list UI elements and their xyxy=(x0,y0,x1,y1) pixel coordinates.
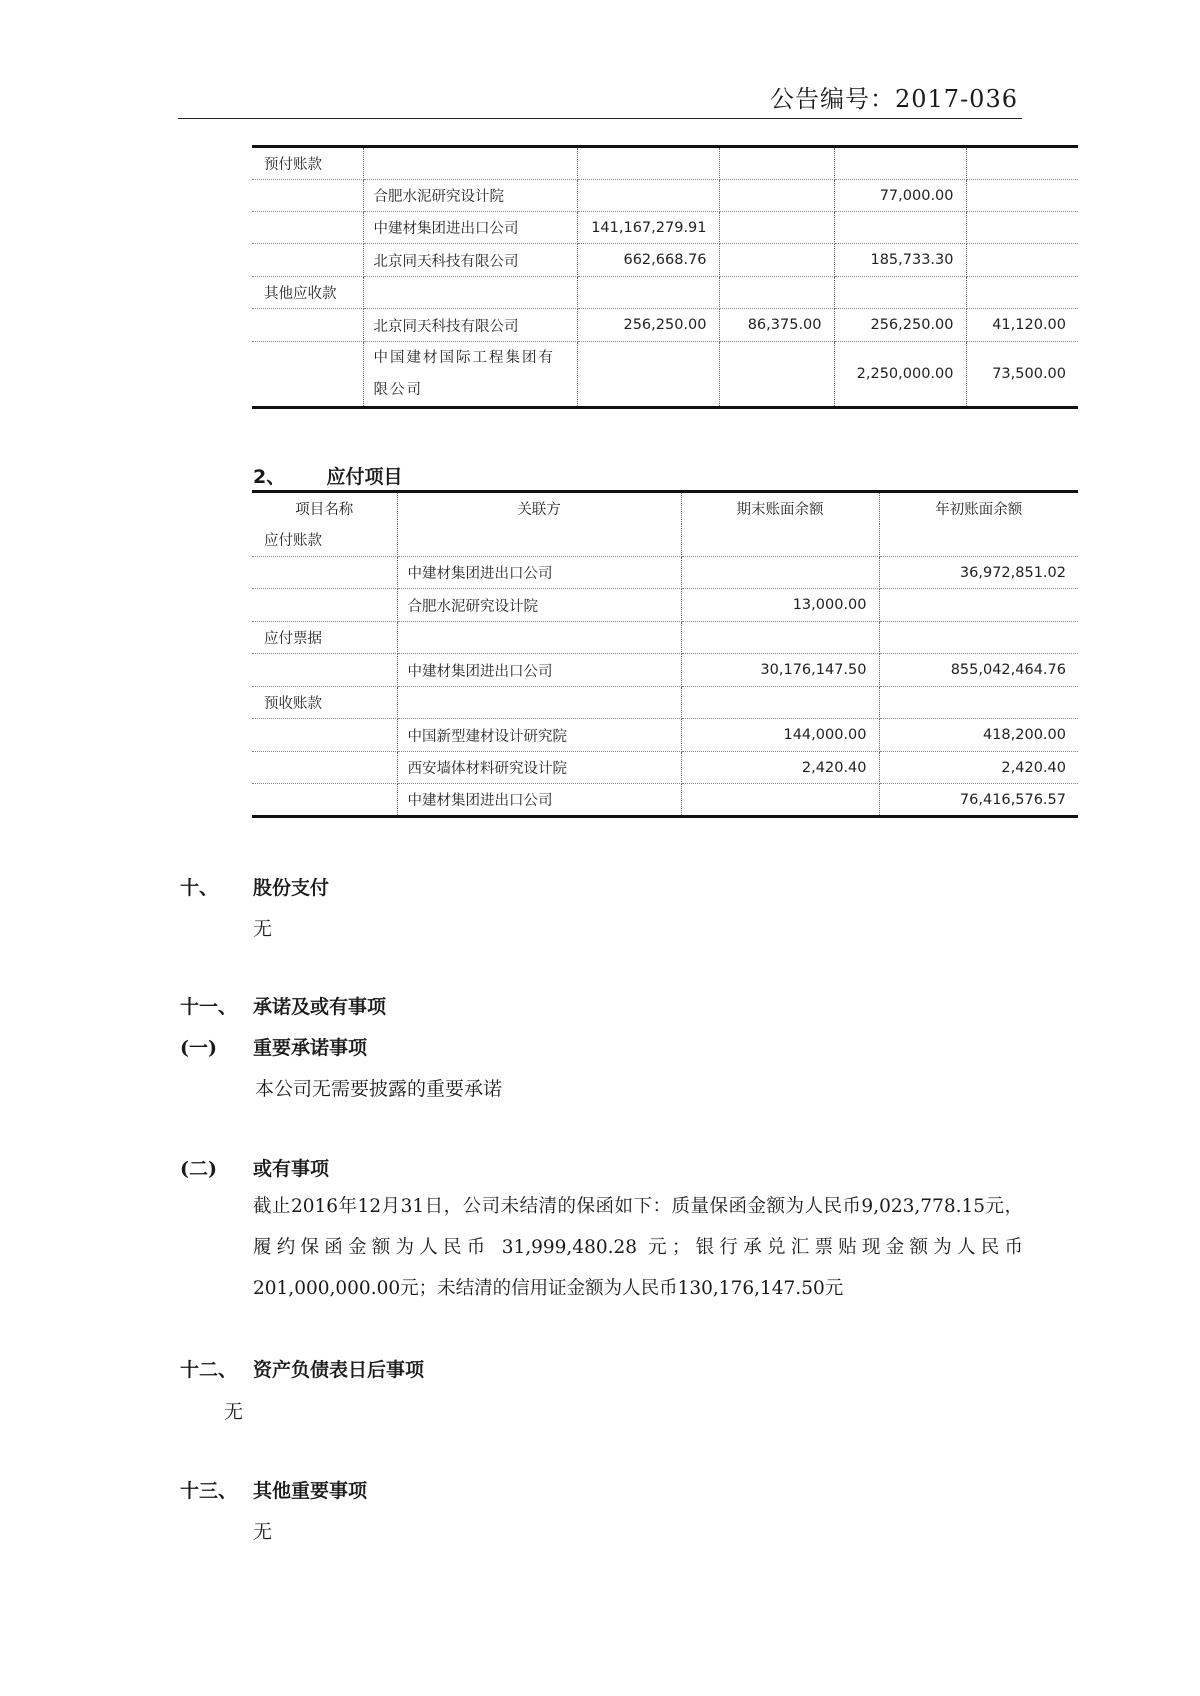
section-10-body: 无 xyxy=(253,914,272,941)
payables-heading-number: 2、 xyxy=(253,466,285,488)
party-cell: 中建材集团进出口公司 xyxy=(363,212,577,244)
amount-cell xyxy=(966,244,1078,277)
amount-cell: 662,668.76 xyxy=(577,244,719,277)
subsection-11-2-body: 截止2016年12月31日，公司未结清的保函如下：质量保函金额为人民币9,023… xyxy=(253,1186,1023,1309)
table-header-row: 项目名称 关联方 期末账面余额 年初账面余额 xyxy=(252,492,1078,524)
column-header-end-balance: 期末账面余额 xyxy=(681,492,879,524)
table-row: 预收账款 xyxy=(252,687,1078,719)
begin-balance-cell: 36,972,851.02 xyxy=(879,557,1078,589)
section-13-number: 十三、 xyxy=(180,1476,237,1503)
section-12-body: 无 xyxy=(224,1397,243,1424)
document-header: 公告编号：2017-036 xyxy=(178,84,1022,119)
section-13-body: 无 xyxy=(253,1517,272,1544)
payables-table: 项目名称 关联方 期末账面余额 年初账面余额 应付账款 中建材集团进出口公司 3… xyxy=(252,490,1078,818)
amount-cell xyxy=(834,212,966,244)
end-balance-cell: 30,176,147.50 xyxy=(681,654,879,687)
begin-balance-cell xyxy=(879,622,1078,654)
subsection-11-1-body: 本公司无需要披露的重要承诺 xyxy=(255,1074,502,1101)
party-cell: 中建材集团进出口公司 xyxy=(397,654,681,687)
amount-cell xyxy=(966,180,1078,212)
section-11-number: 十一、 xyxy=(180,992,237,1019)
section-12-number: 十二、 xyxy=(180,1355,237,1382)
subsection-11-2-title: 或有事项 xyxy=(253,1154,329,1181)
end-balance-cell xyxy=(681,784,879,817)
amount-cell xyxy=(577,342,719,408)
amount-cell xyxy=(966,212,1078,244)
amount-cell xyxy=(834,277,966,309)
party-cell xyxy=(397,622,681,654)
end-balance-cell xyxy=(681,524,879,557)
table-row: 中建材集团进出口公司 141,167,279.91 xyxy=(252,212,1078,244)
amount-cell: 41,120.00 xyxy=(966,309,1078,342)
end-balance-cell xyxy=(681,687,879,719)
begin-balance-cell: 2,420.40 xyxy=(879,752,1078,784)
category-cell xyxy=(252,784,397,817)
column-header-begin-balance: 年初账面余额 xyxy=(879,492,1078,524)
amount-cell: 185,733.30 xyxy=(834,244,966,277)
amount-cell xyxy=(719,212,834,244)
end-balance-cell xyxy=(681,557,879,589)
table-row: 应付账款 xyxy=(252,524,1078,557)
subsection-11-1-number: (一) xyxy=(180,1033,217,1060)
amount-cell: 256,250.00 xyxy=(834,309,966,342)
end-balance-cell: 144,000.00 xyxy=(681,719,879,752)
category-cell xyxy=(252,654,397,687)
party-cell: 中国新型建材设计研究院 xyxy=(397,719,681,752)
amount-cell: 141,167,279.91 xyxy=(577,212,719,244)
category-cell: 应付票据 xyxy=(252,622,397,654)
table-row: 其他应收款 xyxy=(252,277,1078,309)
amount-cell xyxy=(966,277,1078,309)
table-row: 中建材集团进出口公司 30,176,147.50 855,042,464.76 xyxy=(252,654,1078,687)
table-row: 合肥水泥研究设计院 77,000.00 xyxy=(252,180,1078,212)
category-cell xyxy=(252,719,397,752)
table-row: 合肥水泥研究设计院 13,000.00 xyxy=(252,589,1078,622)
begin-balance-cell xyxy=(879,524,1078,557)
amount-cell xyxy=(577,277,719,309)
amount-cell xyxy=(719,147,834,180)
table-row: 中建材集团进出口公司 76,416,576.57 xyxy=(252,784,1078,817)
amount-cell xyxy=(719,244,834,277)
section-11-title: 承诺及或有事项 xyxy=(253,992,386,1019)
party-cell: 北京同天科技有限公司 xyxy=(363,244,577,277)
category-cell xyxy=(252,180,363,212)
table-row: 预付账款 xyxy=(252,147,1078,180)
amount-cell: 256,250.00 xyxy=(577,309,719,342)
amount-cell: 2,250,000.00 xyxy=(834,342,966,408)
section-10-number: 十、 xyxy=(180,873,218,900)
table-row: 中国新型建材设计研究院 144,000.00 418,200.00 xyxy=(252,719,1078,752)
amount-cell: 73,500.00 xyxy=(966,342,1078,408)
announcement-number: 公告编号：2017-036 xyxy=(770,79,1018,114)
amount-cell xyxy=(577,180,719,212)
category-cell xyxy=(252,309,363,342)
amount-cell xyxy=(719,342,834,408)
section-10-title: 股份支付 xyxy=(253,873,329,900)
amount-cell xyxy=(966,147,1078,180)
section-13-title: 其他重要事项 xyxy=(253,1476,367,1503)
party-cell: 西安墙体材料研究设计院 xyxy=(397,752,681,784)
amount-cell xyxy=(719,180,834,212)
category-cell: 其他应收款 xyxy=(252,277,363,309)
table-row: 北京同天科技有限公司 256,250.00 86,375.00 256,250.… xyxy=(252,309,1078,342)
category-cell: 预收账款 xyxy=(252,687,397,719)
table-row: 北京同天科技有限公司 662,668.76 185,733.30 xyxy=(252,244,1078,277)
party-cell xyxy=(363,147,577,180)
table-row: 中国建材国际工程集团有限公司 2,250,000.00 73,500.00 xyxy=(252,342,1078,408)
party-cell xyxy=(397,687,681,719)
table-row: 中建材集团进出口公司 36,972,851.02 xyxy=(252,557,1078,589)
begin-balance-cell: 76,416,576.57 xyxy=(879,784,1078,817)
end-balance-cell: 13,000.00 xyxy=(681,589,879,622)
payables-heading-title: 应付项目 xyxy=(326,466,402,488)
party-cell: 中国建材国际工程集团有限公司 xyxy=(363,342,577,408)
category-cell: 应付账款 xyxy=(252,524,397,557)
subsection-11-2-number: (二) xyxy=(180,1154,217,1181)
party-cell: 中建材集团进出口公司 xyxy=(397,557,681,589)
category-cell xyxy=(252,752,397,784)
party-cell: 中建材集团进出口公司 xyxy=(397,784,681,817)
receivables-table: 预付账款 合肥水泥研究设计院 77,000.00 中建材集团进出口公司 141,… xyxy=(252,145,1078,409)
column-header-party: 关联方 xyxy=(397,492,681,524)
begin-balance-cell: 418,200.00 xyxy=(879,719,1078,752)
category-cell xyxy=(252,589,397,622)
party-cell xyxy=(397,524,681,557)
begin-balance-cell: 855,042,464.76 xyxy=(879,654,1078,687)
party-cell: 合肥水泥研究设计院 xyxy=(363,180,577,212)
amount-cell xyxy=(719,277,834,309)
section-12-title: 资产负债表日后事项 xyxy=(253,1355,424,1382)
party-cell: 合肥水泥研究设计院 xyxy=(397,589,681,622)
payables-heading: 2、 应付项目 xyxy=(253,462,403,489)
subsection-11-1-title: 重要承诺事项 xyxy=(253,1033,367,1060)
begin-balance-cell xyxy=(879,687,1078,719)
amount-cell: 86,375.00 xyxy=(719,309,834,342)
category-cell xyxy=(252,557,397,589)
amount-cell xyxy=(834,147,966,180)
category-cell xyxy=(252,212,363,244)
category-cell xyxy=(252,244,363,277)
column-header-item: 项目名称 xyxy=(252,492,397,524)
begin-balance-cell xyxy=(879,589,1078,622)
table-row: 应付票据 xyxy=(252,622,1078,654)
table-row: 西安墙体材料研究设计院 2,420.40 2,420.40 xyxy=(252,752,1078,784)
end-balance-cell xyxy=(681,622,879,654)
end-balance-cell: 2,420.40 xyxy=(681,752,879,784)
category-cell xyxy=(252,342,363,408)
party-cell: 北京同天科技有限公司 xyxy=(363,309,577,342)
amount-cell: 77,000.00 xyxy=(834,180,966,212)
amount-cell xyxy=(577,147,719,180)
category-cell: 预付账款 xyxy=(252,147,363,180)
party-cell xyxy=(363,277,577,309)
